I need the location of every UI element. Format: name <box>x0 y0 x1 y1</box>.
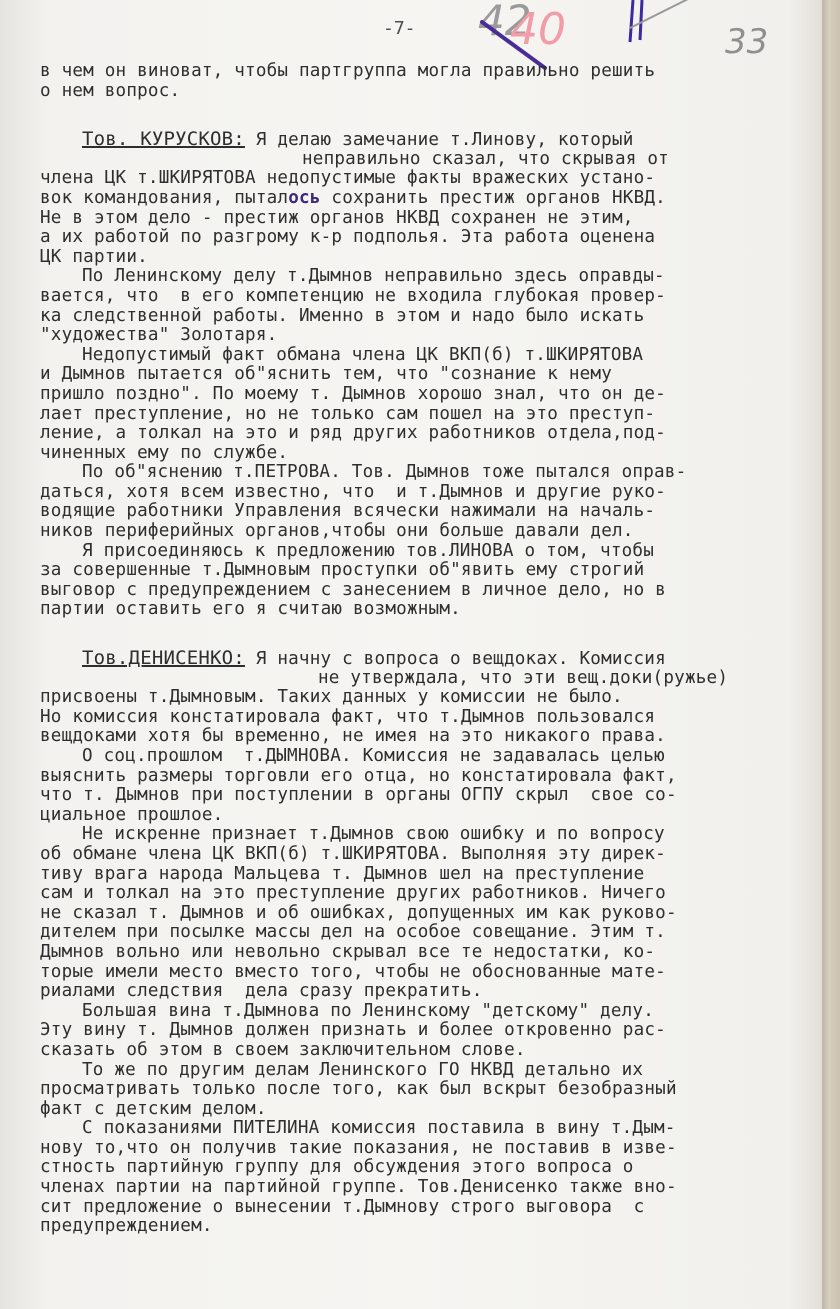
text-line: присвоены т.Дымновым. Таких данных у ком… <box>40 688 820 708</box>
text-line: С показаниями ПИТЕЛИНА комиссия поставил… <box>40 1119 820 1139</box>
text-line: торые имели место вместо того, чтобы не … <box>40 963 820 983</box>
text-line: вок командования, пыталось сохранить пре… <box>40 189 820 209</box>
text-line: чиненных ему по службе. <box>40 444 820 464</box>
text-line: об обмане члена ЦК ВКП(б) т.ШКИРЯТОВА. В… <box>40 845 820 865</box>
text-line: вещдоками хотя бы временно, не имея на э… <box>40 727 820 747</box>
text-line: Дымнов вольно или невольно скрывал все т… <box>40 943 820 963</box>
text-line: Я присоединяюсь к предложению тов.ЛИНОВА… <box>40 542 820 562</box>
text-line: сит предложение о вынесении т.Дымнову ст… <box>40 1198 820 1218</box>
binding-edge <box>822 0 840 1309</box>
text-line: стность партийную группу для обсуждения … <box>40 1158 820 1178</box>
speaker-kuruskov-line: Тов. КУРУСКОВ: Я делаю замечание т.Линов… <box>40 130 820 150</box>
text-line: По об"яснению т.ПЕТРОВА. Тов. Дымнов тож… <box>40 463 820 483</box>
text-line: ка следственной работы. Именно в этом и … <box>40 307 820 327</box>
text-line: пришло поздно". По моему т. Дымнов хорош… <box>40 385 820 405</box>
text-line: Но комиссия констатировала факт, что т.Д… <box>40 708 820 728</box>
text-line: водящие работники Управления всячески на… <box>40 502 820 522</box>
text-line: риалами следствия дела сразу прекратить. <box>40 982 820 1002</box>
text-line: и Дымнов пытается об"яснить тем, что "со… <box>40 365 820 385</box>
text-line: То же по другим делам Ленинского ГО НКВД… <box>40 1061 820 1081</box>
text-line: выговор с предупреждением с занесением в… <box>40 581 820 601</box>
text-line: вается, что в его компетенцию не входила… <box>40 287 820 307</box>
document-page: -7- 42 40 33 в чем он виноват, чтобы пар… <box>0 0 822 1309</box>
text-line: циальное прошлое. <box>40 806 820 826</box>
text-line: о нем вопрос. <box>40 82 820 102</box>
text-line: "художества" Золотаря. <box>40 326 820 346</box>
text-line: не сказал т. Дымнов и об ошибках, допуще… <box>40 904 820 924</box>
speaker-denisenko-line: Тов.ДЕНИСЕНКО: Я начну с вопроса о вещдо… <box>40 649 820 669</box>
text-line: выяснить размеры торговли его отца, но к… <box>40 767 820 787</box>
text-line: факт с детским делом. <box>40 1100 820 1120</box>
text-line: просматривать только после того, как был… <box>40 1080 820 1100</box>
document-body: в чем он виноват, чтобы партгруппа могла… <box>40 62 820 1237</box>
text-line: не утверждала, что эти вещ.доки(ружье) <box>40 669 820 689</box>
text-line: партии оставить его я считаю возможным. <box>40 600 820 620</box>
ink-correction: ось <box>288 188 320 208</box>
text-line: сказать об этом в своем заключительном с… <box>40 1041 820 1061</box>
text-line: По Ленинскому делу т.Дымнов неправильно … <box>40 267 820 287</box>
speaker-name: Тов. КУРУСКОВ: <box>82 128 245 150</box>
text-line: О соц.прошлом т.ДЫМНОВА. Комиссия не зад… <box>40 747 820 767</box>
text-line: Эту вину т. Дымнов должен признать и бол… <box>40 1021 820 1041</box>
text-line: нову то,что он получив такие показания, … <box>40 1139 820 1159</box>
text-line: ление, а толкал на это и ряд других рабо… <box>40 424 820 444</box>
text-line: за совершенные т.Дымновым проступки об"я… <box>40 561 820 581</box>
text-line: ЦК партии. <box>40 248 820 268</box>
text-line: предупреждением. <box>40 1217 820 1237</box>
text-line: лает преступление, но не только сам поше… <box>40 405 820 425</box>
text-line: даться, хотя всем известно, что и т.Дымн… <box>40 483 820 503</box>
text-line: Не в этом дело - престиж органов НКВД со… <box>40 209 820 229</box>
text-line: а их работой по разгрому к-р подполья. Э… <box>40 228 820 248</box>
text-line: что т. Дымнов при поступлении в органы О… <box>40 786 820 806</box>
text-line: Не искренне признает т.Дымнов свою ошибк… <box>40 825 820 845</box>
text-line: членах партии на партийной группе. Тов.Д… <box>40 1178 820 1198</box>
text-line: ников периферийных органов,чтобы они бол… <box>40 522 820 542</box>
text-line: Большая вина т.Дымнова по Ленинскому "де… <box>40 1002 820 1022</box>
text-line: сам и толкал на это преступление других … <box>40 884 820 904</box>
text-line: Недопустимый факт обмана члена ЦК ВКП(б)… <box>40 346 820 366</box>
blue-stroke-icon <box>630 0 633 42</box>
speaker-name: Тов.ДЕНИСЕНКО: <box>82 647 245 669</box>
text-line: дителем при посылке массы дел на особое … <box>40 923 820 943</box>
text-line: неправильно сказал, что скрывая от <box>40 150 820 170</box>
text-line: тиву врага народа Мальцева т. Дымнов шел… <box>40 865 820 885</box>
text-line: в чем он виноват, чтобы партгруппа могла… <box>40 62 820 82</box>
text-line: члена ЦК т.ШКИРЯТОВА недопустимые факты … <box>40 169 820 189</box>
